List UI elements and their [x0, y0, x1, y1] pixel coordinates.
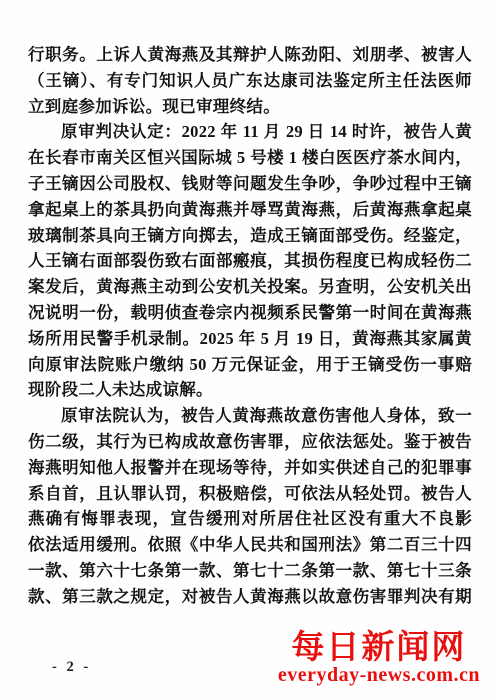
site-watermark: 每日新闻网 everyday-news.com.cn: [278, 630, 480, 686]
text-line: 燕确有悔罪表现，宣告缓刑对所居住社区没有重大不良影响，可: [28, 506, 472, 532]
text-line: 行职务。上诉人黄海燕及其辩护人陈劲阳、刘朋孝、被害人 DI WANG: [28, 42, 472, 68]
judgment-text-block: 行职务。上诉人黄海燕及其辩护人陈劲阳、刘朋孝、被害人 DI WANG（王镝）、有…: [28, 42, 472, 610]
page-number: - 2 -: [52, 659, 91, 676]
text-line: 系自首，且认罪认罚，积极赔偿，可依法从轻处罚。被告人黄海: [28, 481, 472, 507]
text-line: 向原审法院账户缴纳 50 万元保证金，用于王镝受伤一事赔偿款，: [28, 352, 472, 378]
text-line: 原审判决认定：2022 年 11 月 29 日 14 时许，被告人黄海燕: [28, 119, 472, 145]
text-line: （王镝）、有专门知识人员广东达康司法鉴定所主任法医师邢树: [28, 68, 472, 94]
text-line: 案发后，黄海燕主动到公安机关投案。另查明，公安机关出具情: [28, 274, 472, 300]
site-logo-text: 每日新闻网: [278, 630, 480, 664]
text-line: 原审法院认为，被告人黄海燕故意伤害他人身体，致一人轻: [28, 403, 472, 429]
text-line: 场所用民警手机录制。2025 年 5 月 19 日，黄海燕其家属黄艳侠: [28, 326, 472, 352]
text-line: 一款、第六十七条第一款、第七十二条第一款、第七十三条第二: [28, 558, 472, 584]
text-line: 子王镝因公司股权、钱财等问题发生争吵，争吵过程中王镝多次: [28, 171, 472, 197]
document-page: 行职务。上诉人黄海燕及其辩护人陈劲阳、刘朋孝、被害人 DI WANG（王镝）、有…: [0, 0, 500, 700]
text-line: 款、第三款之规定，对被告人黄海燕以故意伤害罪判决有期徒刑: [28, 584, 472, 610]
screenshot-root: { "document": { "paragraphs": [ { "inden…: [0, 0, 500, 700]
text-line: 现阶段二人未达成谅解。: [28, 377, 472, 403]
text-line: 人王镝右面部裂伤致右面部瘢痕，其损伤程度已构成轻伤二级。: [28, 248, 472, 274]
text-line: 玻璃制茶具向王镝方向掷去，造成王镝面部受伤。经鉴定，被害: [28, 223, 472, 249]
text-line: 立到庭参加诉讼。现已审理终结。: [28, 94, 472, 120]
text-line: 海燕明知他人报警并在现场等待，并如实供述自己的犯罪事实，: [28, 455, 472, 481]
text-line: 伤二级，其行为已构成故意伤害罪，应依法惩处。鉴于被告人黄: [28, 429, 472, 455]
text-line: 依法适用缓刑。依照《中华人民共和国刑法》第二百三十四条第: [28, 532, 472, 558]
text-line: 拿起桌上的茶具扔向黄海燕并辱骂黄海燕，后黄海燕拿起桌上的: [28, 197, 472, 223]
text-line: 况说明一份，载明侦查卷宗内视频系民警第一时间在黄海燕办公: [28, 300, 472, 326]
site-domain-text: everyday-news.com.cn: [278, 664, 480, 686]
text-line: 在长春市南关区恒兴国际城 5 号楼 1 楼白医医疗茶水间内，与妻: [28, 145, 472, 171]
